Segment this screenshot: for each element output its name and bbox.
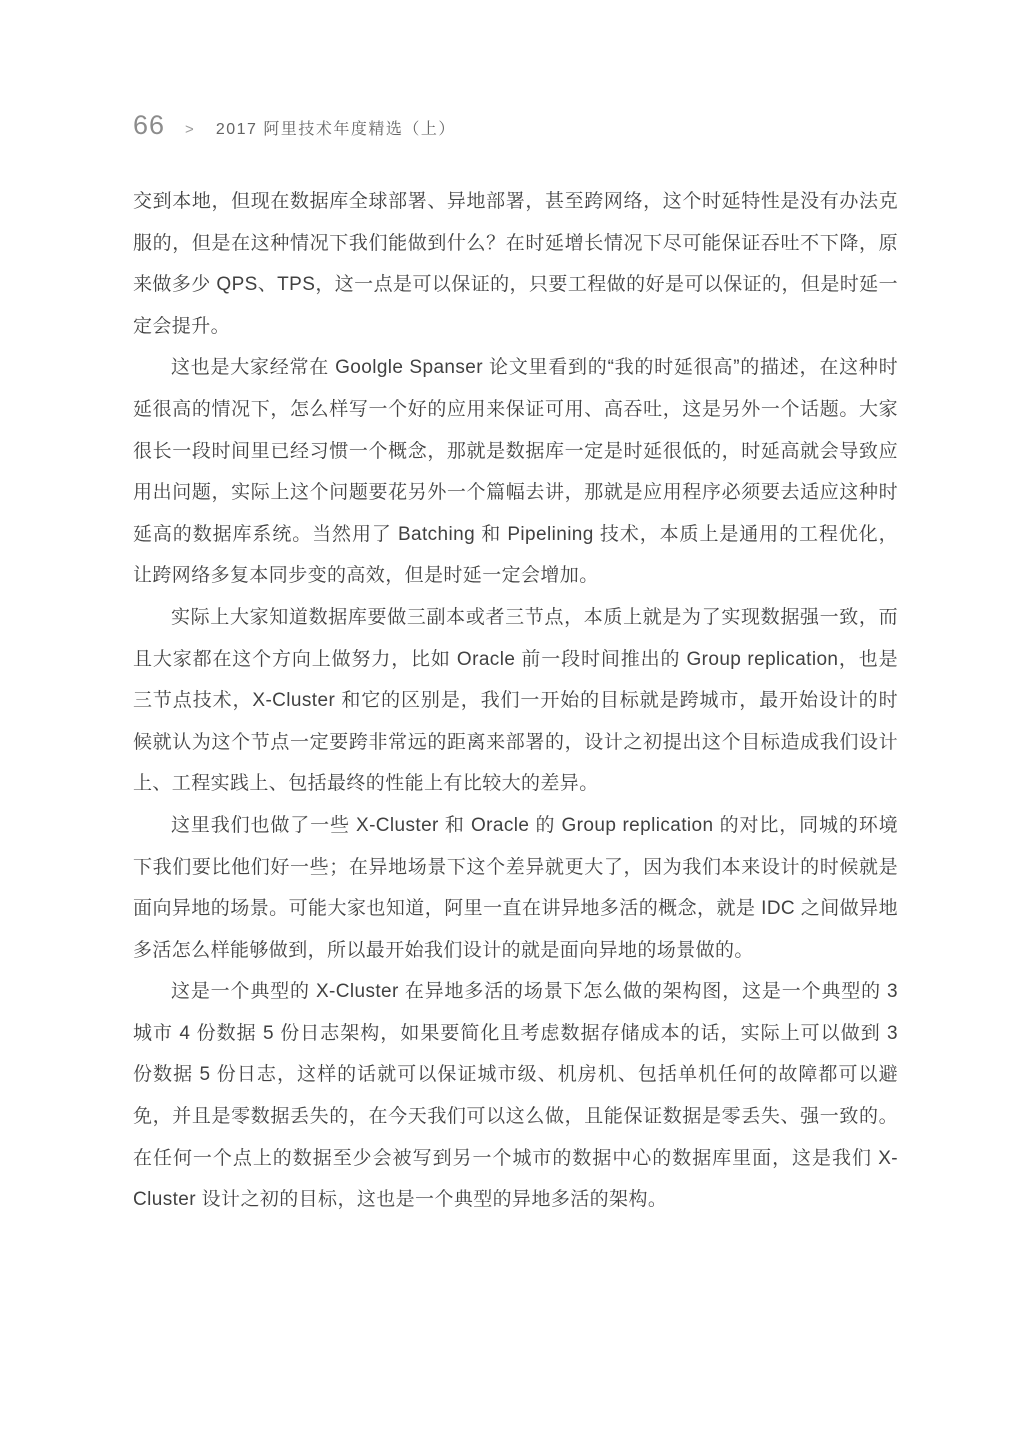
- paragraph: 这也是大家经常在 Goolgle Spanser 论文里看到的“我的时延很高”的…: [133, 347, 898, 597]
- document-page: 66 > 2017 阿里技术年度精选（上） 交到本地，但现在数据库全球部署、异地…: [0, 0, 1031, 1440]
- page-number: 66: [133, 110, 165, 141]
- page-header: 66 > 2017 阿里技术年度精选（上）: [133, 110, 898, 141]
- paragraph: 这是一个典型的 X-Cluster 在异地多活的场景下怎么做的架构图，这是一个典…: [133, 971, 898, 1221]
- paragraph: 实际上大家知道数据库要做三副本或者三节点，本质上就是为了实现数据强一致，而且大家…: [133, 597, 898, 805]
- book-title: 2017 阿里技术年度精选（上）: [216, 116, 456, 139]
- body-text: 交到本地，但现在数据库全球部署、异地部署，甚至跨网络，这个时延特性是没有办法克服…: [133, 181, 898, 1221]
- paragraph-continuation: 交到本地，但现在数据库全球部署、异地部署，甚至跨网络，这个时延特性是没有办法克服…: [133, 181, 898, 347]
- paragraph: 这里我们也做了一些 X-Cluster 和 Oracle 的 Group rep…: [133, 805, 898, 971]
- header-separator: >: [185, 121, 194, 138]
